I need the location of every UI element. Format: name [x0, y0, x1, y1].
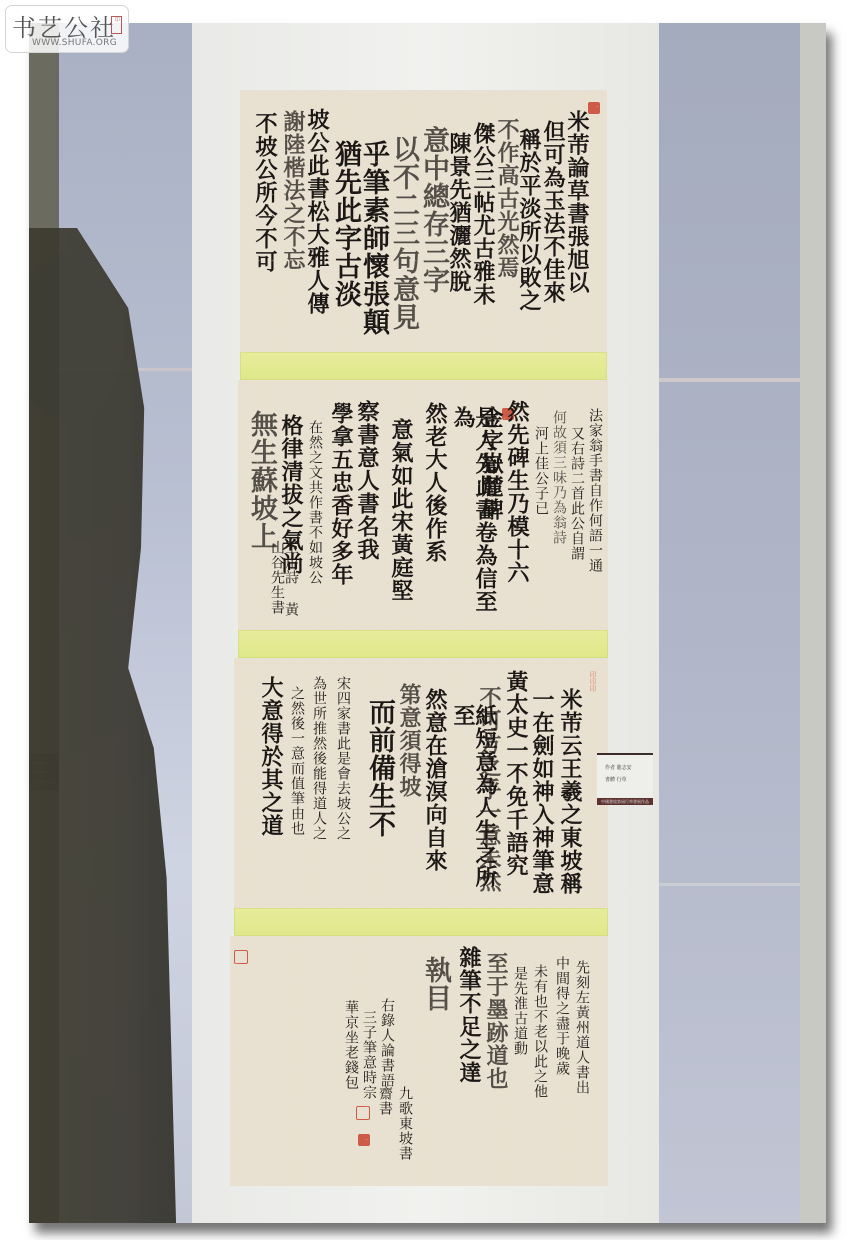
text-column: 坡公此書松大雅人傳	[306, 108, 328, 315]
text-column: 然老大人後作系	[424, 402, 446, 563]
text-column: 意中總存三字	[420, 126, 447, 294]
text-column: 河上佳公子已	[534, 426, 548, 516]
label-key: 作者	[605, 765, 615, 771]
seal-stamp	[588, 102, 600, 114]
label-value: 龍志安	[617, 765, 632, 771]
text-column: 紙短意為人生之所至	[452, 704, 496, 908]
text-column: 格律清拔之氣尚	[280, 414, 302, 575]
seal-stamp	[502, 408, 514, 420]
seal-stamp	[358, 1134, 370, 1146]
text-column: 猶先此字古淡	[332, 140, 359, 308]
decorative-band-2	[238, 630, 608, 658]
text-column: 又右詩二首此公自謂	[570, 426, 584, 561]
text-column: 三子筆意時宗	[362, 1010, 376, 1100]
site-watermark: 书艺公社 印 WWW.SHUFA.ORG	[5, 5, 129, 53]
seal-stamp	[356, 1106, 370, 1120]
text-column: 中間得之盡于晚歲	[555, 956, 569, 1076]
wall-panel-right	[655, 23, 800, 1223]
text-column: 以不二三句意見	[390, 135, 417, 331]
text-column: 法家翁手書自作何語一通	[588, 408, 602, 573]
text-column: 在然之文共作書不如坡公	[308, 420, 322, 585]
side-seal-strip: 印印印	[590, 671, 598, 749]
text-column: 意氣如此宋黃庭堅	[390, 418, 412, 602]
text-column: 無生蘇坡上	[248, 410, 275, 550]
calligraphy-panel-4: 先刻左黃州道人書出 中間得之盡于晚歲 未有也不老以此之他 是先淮古道動 至于墨跡…	[230, 936, 608, 1186]
text-column: 乎筆素師懷張顛	[360, 140, 387, 336]
label-key: 書體	[605, 777, 615, 783]
text-column: 陳景先猶灑然脫	[448, 132, 470, 293]
text-column: 而前備生不	[366, 698, 393, 838]
calligraphy-panel-3: 米芾云王羲之東坡稱 一在劍如神入神筆意 黃太史一不免千語究 不可方之乎一意未然 …	[234, 658, 608, 908]
wall-seam-right-lower	[655, 883, 800, 886]
signature-column: 華京坐老錢包	[344, 1000, 358, 1090]
text-column: 先刻左黃州道人書出	[575, 960, 589, 1095]
text-column: 傑公三帖尤古雅未	[472, 122, 494, 306]
signature-column: 齋書	[378, 1086, 392, 1116]
text-column: 然先碑生乃模十六	[506, 400, 528, 584]
seal-stamp	[234, 950, 248, 964]
text-column: 大意得於其之道	[260, 676, 282, 837]
text-column: 何故須三味乃為翁詩	[552, 410, 566, 545]
watermark-seal-icon: 印	[111, 16, 122, 34]
wall-seam-right	[655, 378, 800, 382]
label-value: 行草	[617, 777, 627, 783]
text-column: 米芾云王羲之東坡稱	[559, 688, 581, 895]
text-column: 學拿五忠香好多年	[330, 402, 352, 586]
text-column: 宋四家書此是會去坡公之	[336, 676, 350, 841]
text-column: 察書意人書名我	[356, 400, 378, 561]
text-column: 謝陸楷法之不忘	[282, 110, 304, 271]
text-column: 未有也不老以此之他	[533, 964, 547, 1099]
text-column: 不坡公所今不可	[254, 112, 276, 273]
signature-column: 九歌東坡書	[398, 1086, 412, 1161]
wall-right-edge	[800, 23, 826, 1223]
text-column: 然意在滄溟向自來	[424, 688, 446, 872]
text-column: 執目	[422, 956, 449, 1012]
text-column: 但可為玉法不佳來	[542, 120, 564, 304]
text-column: 是先淮古道動	[513, 966, 527, 1056]
exhibition-label: 作者 龍志安 書體 行草 中國書協第屆行草書展作品	[597, 753, 653, 805]
scroll-mount: 米芾論草書張旭以 但可為玉法不佳來 稱於平淡所以敗之 不作高古光然焉 傑公三帖尤…	[192, 23, 659, 1223]
text-column: 至于墨跡道也	[485, 952, 507, 1090]
calligraphy-panel-2: 法家翁手書自作何語一通 又右詩二首此公自謂 何故須三味乃為翁詩 河上佳公子已 然…	[238, 380, 608, 630]
text-column: 金字嶽麓碑	[480, 406, 502, 521]
text-column: 第意須得坡	[398, 683, 420, 798]
text-column: 玉川詩 黃山谷先生書	[270, 540, 298, 630]
text-column: 是人先此書卷為信至為	[452, 406, 496, 630]
text-column: 黃太史一不免千語究	[505, 670, 527, 877]
text-column: 稱於平淡所以敗之	[518, 128, 540, 312]
text-column: 不可方之乎一意未然	[478, 686, 500, 893]
text-column: 為世所推然後能得道人之	[312, 676, 326, 841]
decorative-band-1	[240, 352, 607, 380]
watermark-url: WWW.SHUFA.ORG	[32, 38, 117, 48]
text-column: 不作高古光然焉	[496, 118, 518, 279]
text-column: 雜筆不足之達	[458, 946, 480, 1084]
text-column: 一在劍如神入神筆意	[531, 688, 553, 895]
exhibition-photo: 米芾論草書張旭以 但可為玉法不佳來 稱於平淡所以敗之 不作高古光然焉 傑公三帖尤…	[29, 23, 826, 1223]
decorative-band-3	[234, 908, 608, 936]
calligraphy-panel-1: 米芾論草書張旭以 但可為玉法不佳來 稱於平淡所以敗之 不作高古光然焉 傑公三帖尤…	[240, 90, 607, 352]
label-footer: 中國書協第屆行草書展作品	[597, 798, 653, 805]
text-column: 右錄人論書語	[380, 998, 394, 1088]
text-column: 之然後一意而值筆由也	[290, 686, 304, 836]
text-column: 米芾論草書張旭以	[566, 110, 588, 294]
